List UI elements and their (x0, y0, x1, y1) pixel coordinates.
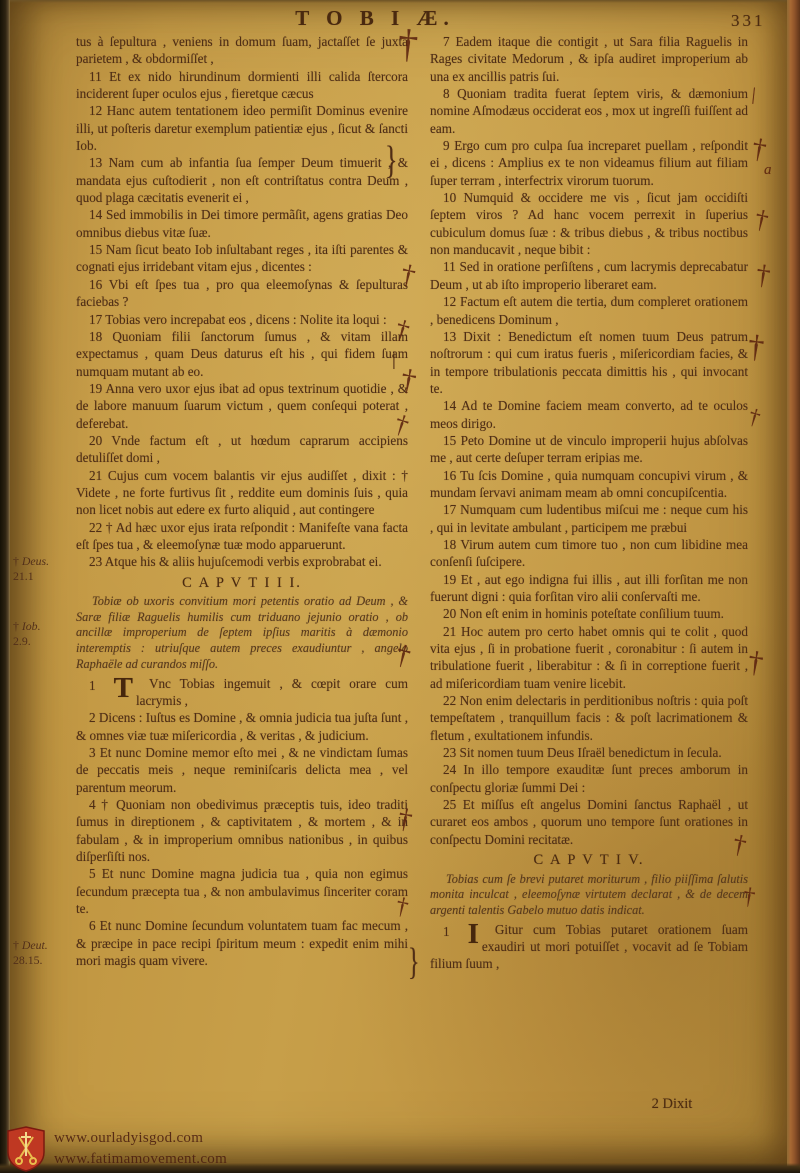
verse-text: 12 Hanc autem tentationem ideo permiſit … (76, 103, 408, 153)
drop-cap: T (100, 675, 136, 701)
catchword: 2 Dixit (612, 1096, 732, 1113)
margin-note: † Deus. 21.1 (13, 554, 75, 584)
watermark-url-2: www.fatimamovement.com (54, 1149, 227, 1170)
verse-paragraph: 18 Quoniam filii ſanctorum ſumus , & vit… (76, 328, 408, 380)
verse-paragraph: 13 Dixit : Benedictum eſt nomen tuum Deu… (430, 328, 748, 397)
verse-paragraph: 15 Nam ſicut beato Iob inſultabant reges… (76, 241, 408, 276)
verse-text: 24 In illo tempore exauditæ ſunt preces … (430, 762, 748, 794)
caput3-heading: C A P V T I I I. (76, 575, 408, 592)
verse-text: 19 Anna vero uxor ejus ibat ad opus text… (76, 381, 408, 431)
chapter4-verses: 1IGitur cum Tobias putaret orationem ſua… (430, 921, 748, 973)
verse-paragraph: 23 Atque his & aliis hujuſcemodi verbis … (76, 553, 408, 570)
verse-paragraph: 15 Peto Domine ut de vinculo improperii … (430, 432, 748, 467)
verse-text: 15 Nam ſicut beato Iob inſultabant reges… (76, 242, 408, 274)
crossed-keys-crest-logo (6, 1126, 46, 1172)
verse-text: 17 Tobias vero increpabat eos , dicens :… (89, 312, 387, 327)
verse-text: 22 † Ad hæc uxor ejus irata reſpondit : … (76, 520, 408, 552)
verse-paragraph: 16 Vbi eſt ſpes tua , pro qua eleemoſyna… (76, 276, 408, 311)
chapter2-verses: tus à ſepultura , veniens in domum ſuam,… (76, 33, 408, 571)
verse-text: 20 Vnde factum eſt , ut hœdum caprarum a… (76, 433, 408, 465)
margin-note: † Iob. 2.9. (13, 619, 75, 649)
verse-text: 10 Numquid & occidere me vis , ſicut jam… (430, 190, 748, 257)
scanned-bible-page: T O B I Æ. 331 tus à ſepultura , veniens… (0, 0, 800, 1173)
verse-text: 2 Dicens : Iuſtus es Domine , & omnia ju… (76, 710, 408, 742)
watermark-urls: www.ourladyisgod.com www.fatimamovement.… (54, 1128, 227, 1170)
margin-note-ref: 21.1 (13, 569, 75, 584)
verse-text: 15 Peto Domine ut de vinculo improperii … (430, 433, 748, 465)
verse-number: 1 (76, 675, 100, 694)
chapter3-verses-right: 7 Eadem itaque die contigit , ut Sara fi… (430, 33, 748, 848)
margin-note-book: Deut. (22, 938, 48, 952)
caput4-heading: C A P V T I V. (430, 852, 748, 869)
verse-text: 7 Eadem itaque die contigit , ut Sara fi… (430, 34, 748, 84)
verse-text: 3 Et nunc Domine memor eſto mei , & ne v… (76, 745, 408, 795)
margin-note-ref: 2.9. (13, 634, 75, 649)
verse-paragraph: 22 Non enim delectaris in perditionibus … (430, 692, 748, 744)
ink-cross-mark-icon: } (408, 942, 420, 985)
verse-paragraph: 17 Numquam cum ludentibus miſcui me : ne… (430, 501, 748, 536)
verse-paragraph: 9 Ergo cum pro culpa ſua increparet puel… (430, 137, 748, 189)
verse-paragraph: 1TVnc Tobias ingemuit , & cœpit orare cu… (76, 675, 408, 710)
verse-text: 17 Numquam cum ludentibus miſcui me : ne… (430, 502, 748, 534)
verse-text: 22 Non enim delectaris in perditionibus … (430, 693, 748, 743)
verse-text: 4 † Quoniam non obedivimus præceptis tui… (76, 797, 408, 864)
running-title: T O B I Æ. (250, 6, 500, 31)
verse-paragraph: 20 Vnde factum eſt , ut hœdum caprarum a… (76, 432, 408, 467)
margin-note-book: Iob. (22, 619, 41, 633)
verse-text: 9 Ergo cum pro culpa ſua increparet puel… (430, 138, 748, 188)
verse-text: 14 Ad te Domine faciem meam converto, ad… (430, 398, 748, 430)
left-text-column: tus à ſepultura , veniens in domum ſuam,… (76, 33, 408, 969)
verse-paragraph: 17 Tobias vero increpabat eos , dicens :… (76, 311, 408, 328)
verse-paragraph: 19 Anna vero uxor ejus ibat ad opus text… (76, 380, 408, 432)
verse-paragraph: 10 Numquid & occidere me vis , ſicut jam… (430, 189, 748, 258)
verse-text: 16 Vbi eſt ſpes tua , pro qua eleemoſyna… (76, 277, 408, 309)
margin-note-book: Deus. (22, 554, 49, 568)
verse-paragraph: 16 Tu ſcis Domine , quia numquam concupi… (430, 467, 748, 502)
dagger-mark-icon: † (13, 938, 19, 952)
ink-cross-mark-icon: | (392, 349, 396, 371)
verse-paragraph: 14 Sed immobilis in Dei timore permãſit,… (76, 206, 408, 241)
verse-text: 13 Dixit : Benedictum eſt nomen tuum Deu… (430, 329, 748, 396)
verse-text: 18 Virum autem cum timore tuo , non cum … (430, 537, 748, 569)
page-top-edge (10, 0, 787, 3)
caput4-summary: Tobias cum ſe brevi putaret moriturum , … (430, 872, 748, 919)
verse-text: 21 Cujus cum vocem balantis vir ejus aud… (76, 468, 408, 518)
verse-text: 16 Tu ſcis Domine , quia numquam concupi… (430, 468, 748, 500)
verse-paragraph: 6 Et nunc Domine ſecundum voluntatem tua… (76, 917, 408, 969)
verse-text: 5 Et nunc Domine magna judicia tua , qui… (76, 866, 408, 916)
dagger-mark-icon: † (13, 619, 19, 633)
verse-paragraph: 18 Virum autem cum timore tuo , non cum … (430, 536, 748, 571)
ink-cross-mark-icon: † (396, 19, 419, 67)
verse-text: 8 Quoniam tradita fuerat ſeptem viris, &… (430, 86, 748, 136)
verse-text: 11 Et ex nido hirundinum dormienti illi … (76, 69, 408, 101)
book-binding-edge (0, 0, 10, 1173)
verse-text: 11 Sed in oratione perſiſtens , cum lacr… (430, 259, 748, 291)
verse-paragraph: 2 Dicens : Iuſtus es Domine , & omnia ju… (76, 709, 408, 744)
verse-text: 25 Et miſſus eſt angelus Domini ſanctus … (430, 797, 748, 847)
verse-text: 19 Et , aut ego indigna fui illis , aut … (430, 572, 748, 604)
verse-paragraph: 11 Sed in oratione perſiſtens , cum lacr… (430, 258, 748, 293)
watermark: www.ourladyisgod.com www.fatimamovement.… (6, 1126, 227, 1172)
verse-paragraph: 21 Cujus cum vocem balantis vir ejus aud… (76, 467, 408, 519)
verse-text: 23 Atque his & aliis hujuſcemodi verbis … (89, 554, 382, 569)
verse-paragraph: 3 Et nunc Domine memor eſto mei , & ne v… (76, 744, 408, 796)
verse-paragraph: 24 In illo tempore exauditæ ſunt preces … (430, 761, 748, 796)
verse-paragraph: 12 Factum eſt autem die tertia, dum comp… (430, 293, 748, 328)
page-number: 331 (731, 11, 766, 31)
verse-text: 18 Quoniam filii ſanctorum ſumus , & vit… (76, 329, 408, 379)
watermark-url-1: www.ourladyisgod.com (54, 1128, 227, 1149)
verse-text: 14 Sed immobilis in Dei timore permãſit,… (76, 207, 408, 239)
verse-paragraph: 22 † Ad hæc uxor ejus irata reſpondit : … (76, 519, 408, 554)
verse-text: 23 Sit nomen tuum Deus Iſraël benedictum… (443, 745, 722, 760)
page-block-edge (787, 0, 800, 1173)
verse-paragraph: tus à ſepultura , veniens in domum ſuam,… (76, 33, 408, 68)
verse-number: 1 (430, 921, 454, 940)
verse-paragraph: 25 Et miſſus eſt angelus Domini ſanctus … (430, 796, 748, 848)
verse-paragraph: 1IGitur cum Tobias putaret orationem ſua… (430, 921, 748, 973)
verse-paragraph: 14 Ad te Domine faciem meam converto, ad… (430, 397, 748, 432)
verse-paragraph: 23 Sit nomen tuum Deus Iſraël benedictum… (430, 744, 748, 761)
verse-paragraph: 11 Et ex nido hirundinum dormienti illi … (76, 68, 408, 103)
margin-note: † Deut. 28.15. (13, 938, 75, 968)
dagger-mark-icon: † (13, 554, 19, 568)
verse-text: 6 Et nunc Domine ſecundum voluntatem tua… (76, 918, 408, 968)
verse-paragraph: 21 Hoc autem pro certo habet omnis qui t… (430, 623, 748, 692)
caput3-summary: Tobiæ ob uxoris convitium mori petentis … (76, 594, 408, 673)
verse-text: tus à ſepultura , veniens in domum ſuam,… (76, 34, 408, 66)
verse-paragraph: 20 Non eſt enim in hominis poteſtate con… (430, 605, 748, 622)
verse-paragraph: 12 Hanc autem tentationem ideo permiſit … (76, 102, 408, 154)
verse-text: 21 Hoc autem pro certo habet omnis qui t… (430, 624, 748, 691)
verse-paragraph: 7 Eadem itaque die contigit , ut Sara fi… (430, 33, 748, 85)
verse-text: 20 Non eſt enim in hominis poteſtate con… (443, 606, 724, 621)
verse-paragraph: 4 † Quoniam non obedivimus præceptis tui… (76, 796, 408, 865)
verse-text: 13 Nam cum ab infantia ſua ſemper Deum t… (76, 155, 408, 205)
ink-cross-mark-icon: a (764, 162, 772, 179)
margin-note-ref: 28.15. (13, 953, 75, 968)
chapter3-verses-left: 1TVnc Tobias ingemuit , & cœpit orare cu… (76, 675, 408, 970)
verse-text: Vnc Tobias ingemuit , & cœpit orare cum … (136, 676, 408, 708)
verse-paragraph: 19 Et , aut ego indigna fui illis , aut … (430, 571, 748, 606)
verse-paragraph: 8 Quoniam tradita fuerat ſeptem viris, &… (430, 85, 748, 137)
drop-cap: I (454, 921, 482, 947)
right-text-column: 7 Eadem itaque die contigit , ut Sara fi… (430, 33, 748, 973)
verse-text: 12 Factum eſt autem die tertia, dum comp… (430, 294, 748, 326)
verse-paragraph: 13 Nam cum ab infantia ſua ſemper Deum t… (76, 154, 408, 206)
ink-cross-mark-icon: } (385, 139, 397, 184)
verse-paragraph: 5 Et nunc Domine magna judicia tua , qui… (76, 865, 408, 917)
